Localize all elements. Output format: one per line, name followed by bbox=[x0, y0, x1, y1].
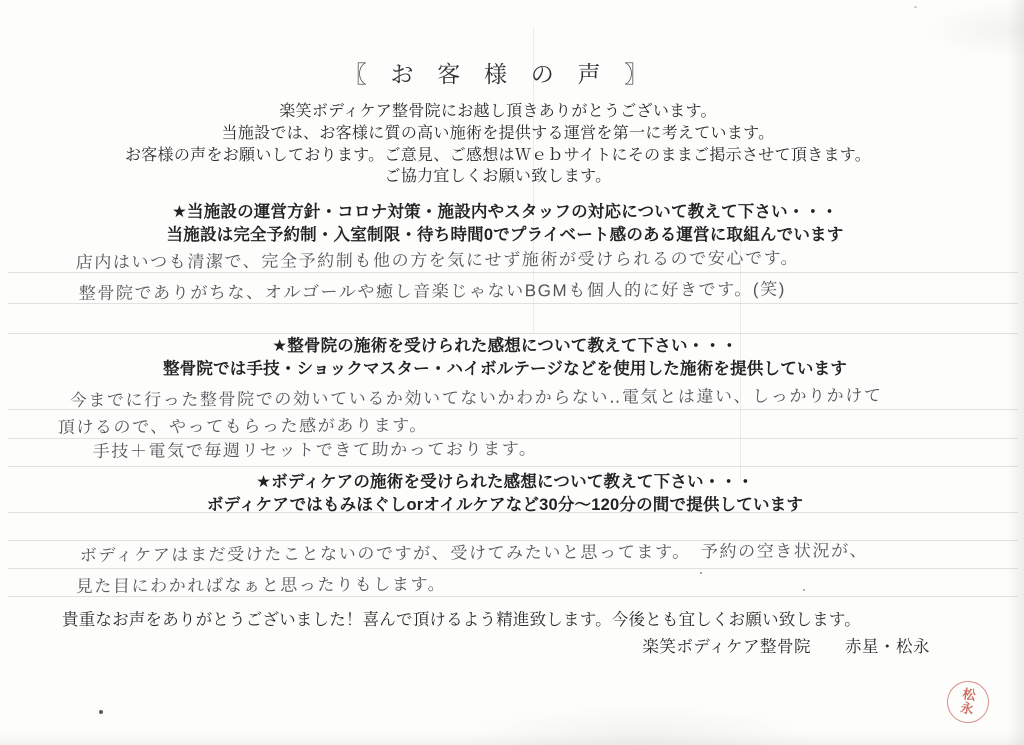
handwritten-answer-line: 店内はいつも清潔で、完全予約制も他の方を気にせず施術が受けられるので安心です。 bbox=[75, 244, 799, 273]
scan-speck bbox=[99, 710, 103, 714]
intro-line: ご協力宜しくお願い致します。 bbox=[0, 166, 996, 188]
scan-speck bbox=[700, 572, 702, 574]
handwritten-answer-line: 手技＋電気で毎週リセットできて助かっております。 bbox=[92, 434, 537, 462]
handwritten-answer-line: 整骨院でありがちな、オルゴールや癒し音楽じゃないBGMも個人的に好きです。(笑) bbox=[78, 275, 786, 304]
question-subtitle: 整骨院では手技・ショックマスター・ハイボルテージなどを使用した施術を提供していま… bbox=[0, 358, 1010, 381]
handwritten-answer-line: 頂けるので、やってもらった感があります。 bbox=[57, 411, 428, 438]
question-subtitle: ボディケアではもみほぐしorオイルケアなど30分～120分の間で提供しています bbox=[0, 494, 1010, 517]
handwritten-answer-line: 見た目にわかればなぁと思ったりもします。 bbox=[75, 570, 446, 597]
scanned-customer-feedback-sheet: 〖 お 客 様 の 声 〗 楽笑ボディケア整骨院にお越し頂きありがとうございます… bbox=[0, 0, 1024, 745]
question-block-facility: ★当施設の運営方針・コロナ対策・施設内やスタッフの対応について教えて下さい・・・… bbox=[0, 201, 1010, 246]
handwritten-answer-line: ボディケアはまだ受けたことないのですが、受けてみたいと思ってます。 予約の空き状… bbox=[79, 536, 868, 566]
closing-message: 貴重なお声をありがとうございました！喜んで頂けるよう精進致します。今後とも宜しく… bbox=[62, 606, 861, 630]
ruled-line bbox=[8, 466, 1018, 467]
hanko-char-bottom: 永 bbox=[959, 701, 974, 717]
question-block-seikotsuin: ★整骨院の施術を受けられた感想について教えて下さい・・・ 整骨院では手技・ショッ… bbox=[0, 335, 1010, 380]
handwritten-answer-line: 今までに行った整骨院での効いているか効いてないかわからない‥電気とは違い、しっか… bbox=[69, 381, 882, 411]
question-subtitle: 当施設は完全予約制・入室制限・待ち時間0でプライベート感のある運営に取組んでいま… bbox=[0, 224, 1010, 247]
question-text: ★当施設の運営方針・コロナ対策・施設内やスタッフの対応について教えて下さい・・・ bbox=[0, 201, 1010, 224]
question-block-bodycare: ★ボディケアの施術を受けられた感想について教えて下さい・・・ ボディケアではもみ… bbox=[0, 471, 1010, 516]
clinic-signature: 楽笑ボディケア整骨院 赤星・松永 bbox=[642, 633, 930, 657]
ruled-line bbox=[8, 568, 1018, 569]
scan-speck bbox=[914, 6, 917, 8]
page-title: 〖 お 客 様 の 声 〗 bbox=[0, 56, 1000, 89]
question-text: ★整骨院の施術を受けられた感想について教えて下さい・・・ bbox=[0, 335, 1010, 358]
intro-paragraph: 楽笑ボディケア整骨院にお越し頂きありがとうございます。 当施設では、お客様に質の… bbox=[0, 101, 996, 188]
scan-speck bbox=[803, 589, 805, 591]
intro-line: 楽笑ボディケア整骨院にお越し頂きありがとうございます。 bbox=[0, 101, 996, 123]
question-text: ★ボディケアの施術を受けられた感想について教えて下さい・・・ bbox=[0, 471, 1010, 494]
ruled-line bbox=[8, 333, 1018, 334]
intro-line: お客様の声をお願いしております。ご意見、ご感想はＷｅｂサイトにそのままご掲示させ… bbox=[0, 145, 996, 167]
hanko-stamp: 松 永 bbox=[944, 678, 992, 726]
intro-line: 当施設では、お客様に質の高い施術を提供する運営を第一に考えています。 bbox=[0, 123, 996, 145]
